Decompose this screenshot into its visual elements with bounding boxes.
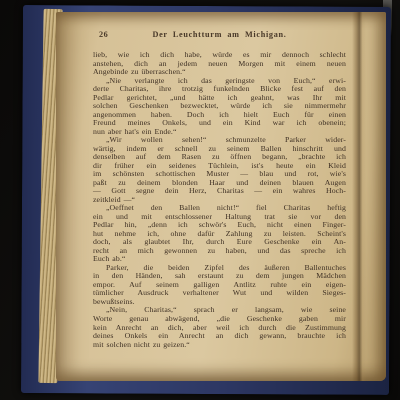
page-text-column: 26 Der Leuchtturm am Michigan. lieb, wie… bbox=[93, 30, 346, 349]
page-crease bbox=[352, 12, 366, 381]
text-line: mit solchen nicht zu geizen.“ bbox=[93, 341, 346, 350]
page-number: 26 bbox=[99, 30, 108, 39]
running-header: Der Leuchtturm am Michigan. bbox=[93, 30, 346, 39]
page-header: 26 Der Leuchtturm am Michigan. bbox=[93, 30, 346, 40]
page-text: lieb, wie ich dich habe, würde es mir de… bbox=[93, 51, 346, 349]
text-line: recht an mich gewonnen zu haben, und das… bbox=[93, 247, 346, 256]
book-page: 26 Der Leuchtturm am Michigan. lieb, wie… bbox=[56, 12, 386, 381]
book-photo: 26 Der Leuchtturm am Michigan. lieb, wie… bbox=[0, 0, 400, 400]
